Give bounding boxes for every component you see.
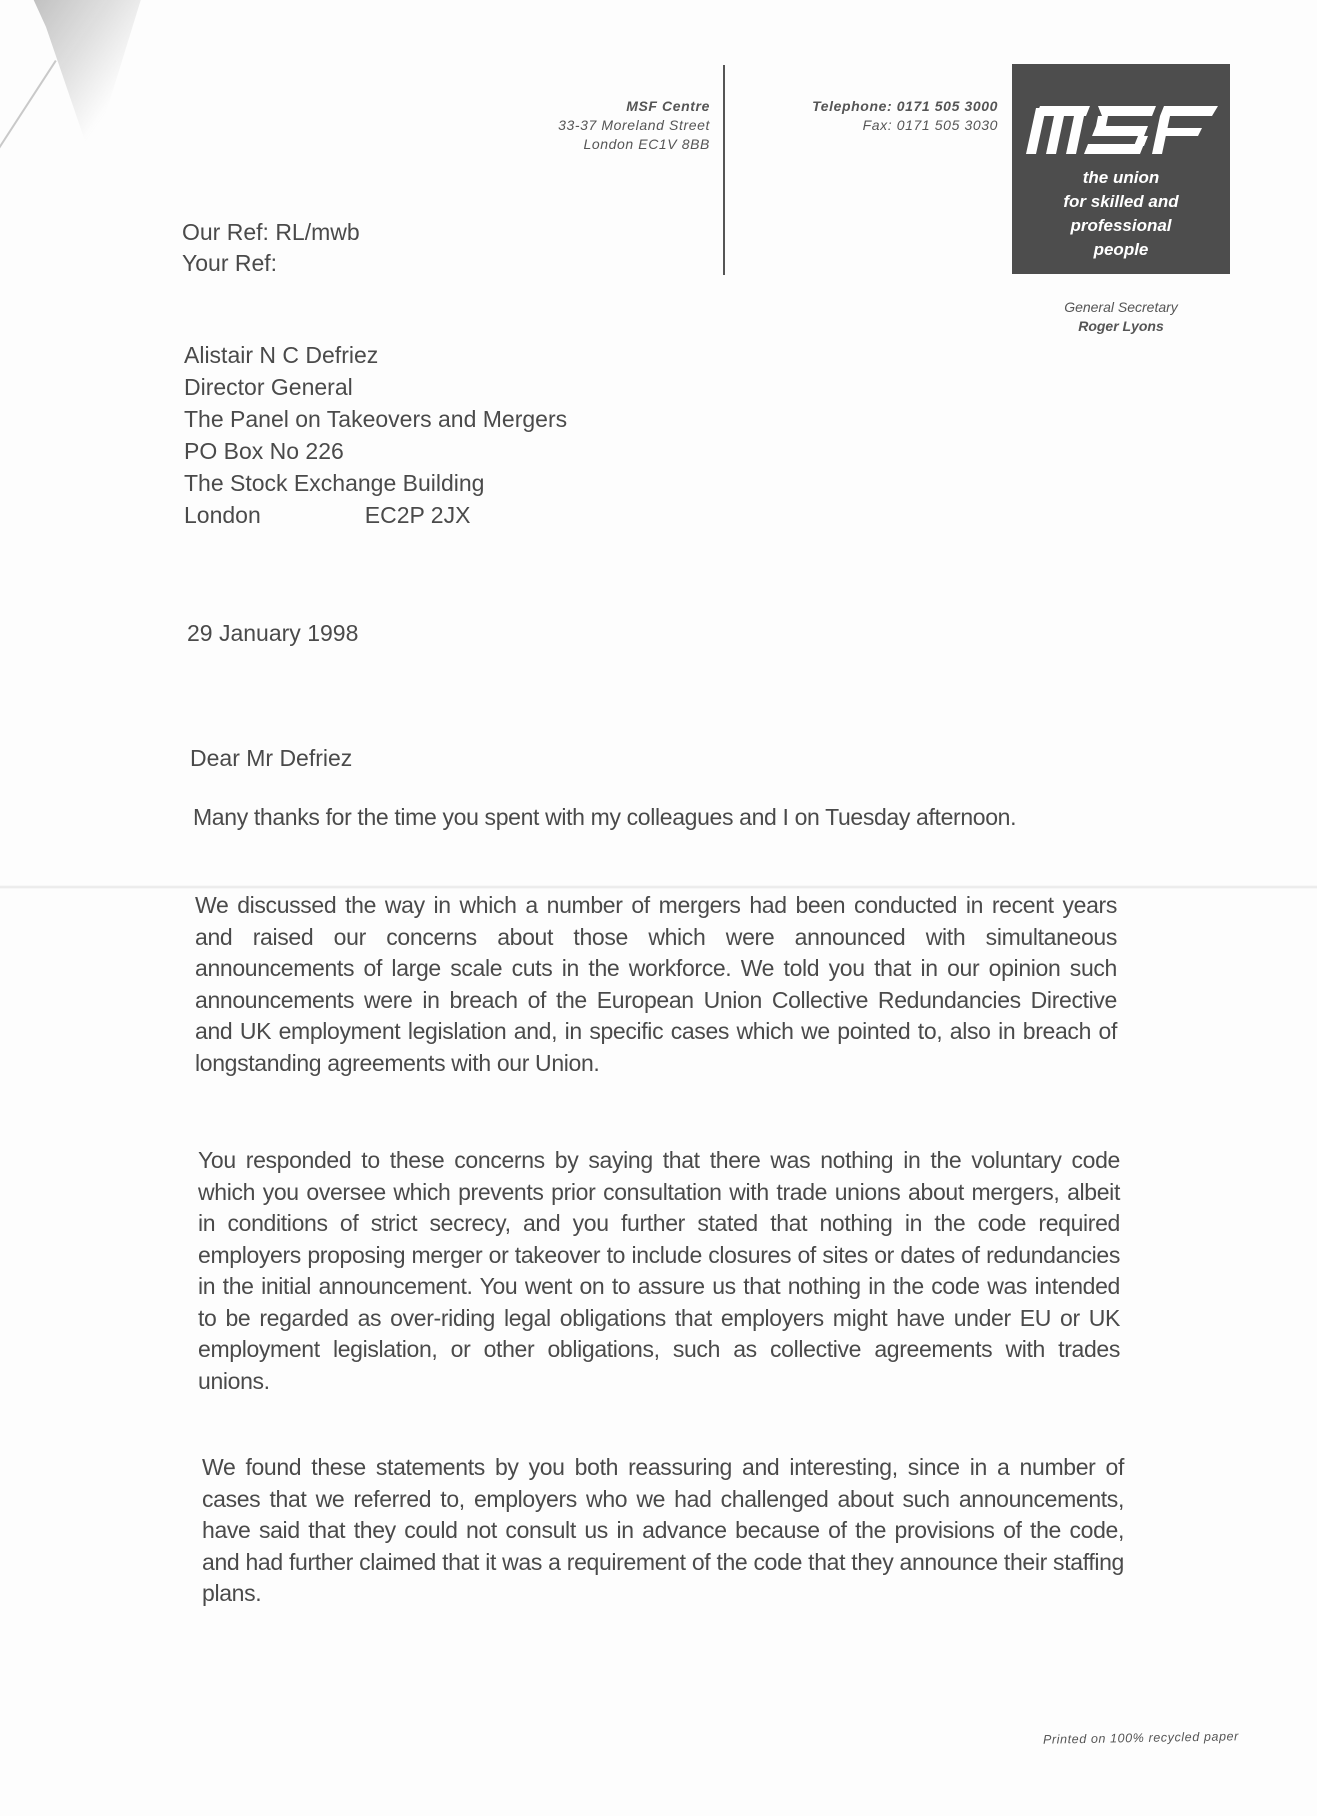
- general-secretary-label: General Secretary: [1012, 298, 1230, 317]
- msf-logo: the union for skilled and professional p…: [1012, 64, 1230, 274]
- recipient-title: Director General: [184, 371, 567, 403]
- body-paragraph-3: You responded to these concerns by sayin…: [198, 1145, 1120, 1397]
- letterhead-address: MSF Centre 33-37 Moreland Street London …: [558, 97, 710, 154]
- tagline-line-3: professional: [1012, 214, 1230, 238]
- body-paragraph-2: We discussed the way in which a number o…: [195, 890, 1117, 1079]
- references: Our Ref: RL/mwb Your Ref:: [182, 217, 360, 279]
- recycled-paper-note: Printed on 100% recycled paper: [1043, 1729, 1239, 1746]
- your-ref-label: Your Ref:: [182, 250, 277, 276]
- our-ref-label: Our Ref:: [182, 219, 269, 245]
- general-secretary-name: Roger Lyons: [1012, 317, 1230, 336]
- msf-logo-mark-icon: [1026, 98, 1218, 156]
- your-ref: Your Ref:: [182, 248, 360, 279]
- recipient-building: The Stock Exchange Building: [184, 467, 567, 499]
- general-secretary: General Secretary Roger Lyons: [1012, 298, 1230, 336]
- fax-label: Fax:: [863, 117, 893, 133]
- recipient-organisation: The Panel on Takeovers and Mergers: [184, 403, 567, 435]
- organisation-name: MSF Centre: [558, 97, 710, 116]
- fax-number: 0171 505 3030: [897, 117, 998, 133]
- telephone-number: 0171 505 3000: [897, 98, 998, 114]
- our-ref-value: RL/mwb: [275, 219, 359, 245]
- scan-artifact-line: [0, 60, 57, 170]
- letterhead-divider: [723, 65, 725, 275]
- logo-tagline: the union for skilled and professional p…: [1012, 166, 1230, 262]
- fax-line: Fax: 0171 505 3030: [812, 116, 998, 135]
- tagline-line-2: for skilled and: [1012, 190, 1230, 214]
- telephone-label: Telephone:: [812, 98, 892, 114]
- body-paragraph-4: We found these statements by you both re…: [202, 1452, 1124, 1610]
- tagline-line-4: people: [1012, 238, 1230, 262]
- tagline-line-1: the union: [1012, 166, 1230, 190]
- letterhead-contact: Telephone: 0171 505 3000 Fax: 0171 505 3…: [812, 97, 998, 135]
- recipient-po-box: PO Box No 226: [184, 435, 567, 467]
- recipient-name: Alistair N C Defriez: [184, 339, 567, 371]
- street-address: 33-37 Moreland Street: [558, 116, 710, 135]
- telephone-line: Telephone: 0171 505 3000: [812, 97, 998, 116]
- recipient-city: London: [184, 502, 261, 528]
- recipient-address: Alistair N C Defriez Director General Th…: [184, 339, 567, 531]
- salutation: Dear Mr Defriez: [190, 745, 352, 772]
- our-ref: Our Ref: RL/mwb: [182, 217, 360, 248]
- recipient-postcode: EC2P 2JX: [365, 499, 471, 531]
- recipient-city-line: LondonEC2P 2JX: [184, 499, 567, 531]
- body-paragraph-1: Many thanks for the time you spent with …: [193, 802, 1115, 834]
- scan-smudge: [20, 0, 150, 160]
- city-postcode: London EC1V 8BB: [558, 135, 710, 154]
- letter-date: 29 January 1998: [187, 620, 358, 647]
- paper-fold-line: [0, 885, 1317, 889]
